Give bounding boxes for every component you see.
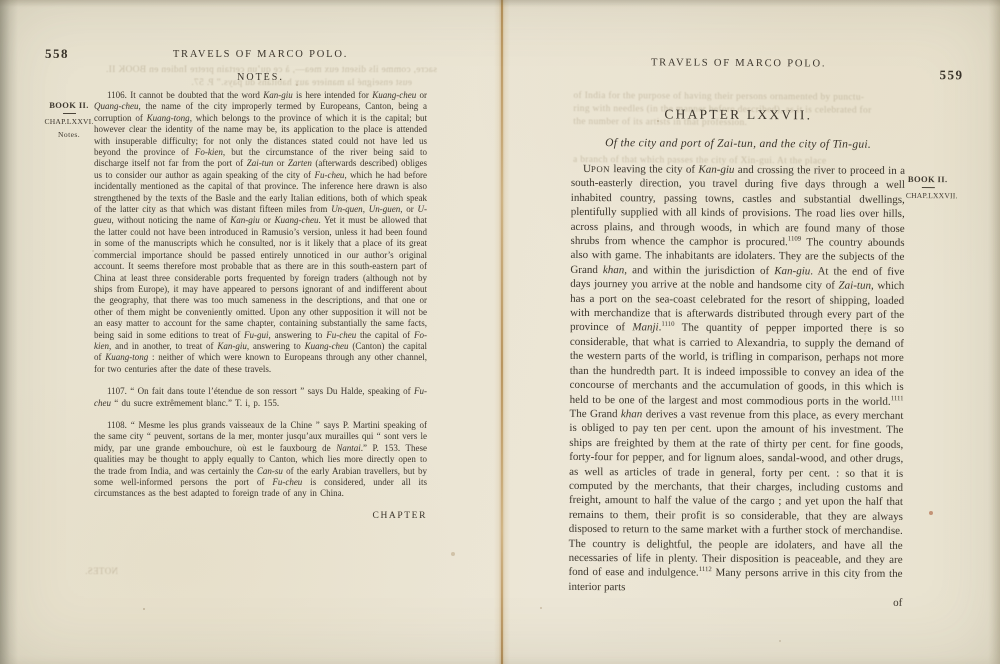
body-paragraph: UPON leaving the city of Kan-giu and cro…: [568, 162, 905, 596]
notes-heading: NOTES.: [94, 72, 427, 83]
book-spread-photo: sacre, comme ils disent eux mea—, à ce q…: [0, 0, 1000, 664]
note-1108: 1108. “ Mesme les plus grands vaisseaux …: [94, 420, 427, 500]
margin-note-label: Notes.: [40, 129, 98, 141]
note-1107: 1107. “ On fait dans toute l’étendue de …: [94, 386, 427, 409]
catchword: of: [568, 594, 902, 610]
notes-column: 1106. It cannot be doubted that the word…: [94, 90, 427, 522]
chapter-heading: CHAPTER LXXVII.: [571, 106, 905, 124]
show-through-text: NOTES.: [58, 566, 118, 576]
page-number: 559: [940, 67, 964, 83]
margin-note-rule: [922, 187, 935, 188]
right-page: of India for the purpose of having their…: [502, 0, 1000, 664]
show-through-text: of India for the purpose of having their…: [573, 91, 909, 103]
catchword: CHAPTER: [94, 511, 427, 522]
margin-note: BOOK II. CHAP.LXXVII.: [906, 173, 992, 203]
right-page-content: of India for the purpose of having their…: [500, 0, 1000, 664]
chapter-summary: Of the city and port of Zai-tun, and the…: [571, 137, 905, 151]
margin-note-chapter: CHAP.LXXVII.: [906, 190, 992, 203]
page-number: 558: [45, 46, 69, 62]
margin-note-chapter: CHAP.LXXVI.: [40, 116, 98, 128]
running-head: TRAVELS OF MARCO POLO.: [572, 57, 906, 70]
running-head: TRAVELS OF MARCO POLO.: [94, 49, 427, 60]
margin-note-book: BOOK II.: [40, 99, 98, 111]
body-column: UPON leaving the city of Kan-giu and cro…: [568, 162, 905, 611]
margin-note-rule: [63, 113, 76, 114]
margin-note: BOOK II. CHAP.LXXVI. Notes.: [40, 99, 98, 141]
margin-note-book: BOOK II.: [906, 173, 992, 186]
left-page: sacre, comme ils disent eux mea—, à ce q…: [0, 0, 502, 664]
note-1106: 1106. It cannot be doubted that the word…: [94, 90, 427, 375]
